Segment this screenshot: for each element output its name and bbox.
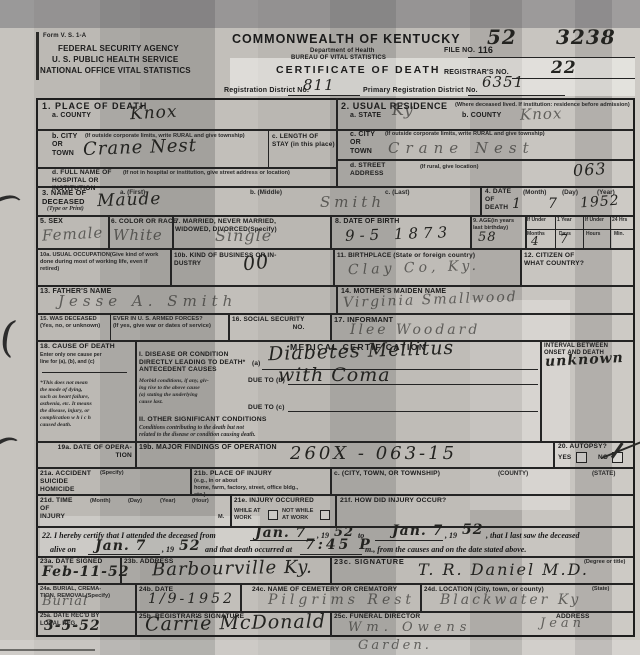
grid-line [610, 215, 611, 248]
header-left-bar [36, 32, 39, 80]
accident-note: (Specify) [100, 470, 124, 477]
cause-footnote: *This does not mean the mode of dying, s… [40, 380, 132, 429]
major-findings-label: 19b. MAJOR FINDINGS OF OPERATION [139, 444, 277, 452]
funeral-extra-note: Garden. [358, 638, 432, 653]
certificate-of-death-title: CERTIFICATE OF DEATH [276, 64, 440, 76]
agency-line-2: U. S. PUBLIC HEALTH SERVICE [52, 55, 178, 64]
middle-name-label: b. (Middle) [250, 189, 282, 197]
marital-value: Single [215, 226, 272, 245]
residence-state-label: a. STATE [350, 112, 381, 120]
not-while-at-work-checkbox [320, 510, 330, 520]
grid-line [135, 340, 137, 441]
grid-line [470, 215, 472, 248]
injury-state-label: (STATE) [592, 470, 615, 478]
time-of-injury-label: 21d. TIME OF INJURY [40, 497, 73, 520]
place-county-value: Knox [130, 102, 178, 124]
grid-line [108, 215, 110, 248]
cause-a-label: (a) [252, 360, 260, 368]
age-1yr-label: 1 Year [557, 217, 572, 223]
file-no-label: FILE NO. [444, 47, 475, 55]
grid-line [480, 186, 482, 215]
burial-location-value: Blackwater Ky [440, 592, 581, 608]
certify-text-5: m., from the causes and on the date stat… [365, 545, 526, 554]
grid-line [36, 583, 633, 585]
certify-year-2: 52 [462, 522, 483, 538]
not-while-at-work-label: NOT WHILE AT WORK [282, 508, 313, 522]
grid-line [36, 467, 633, 469]
grid-line [330, 215, 332, 248]
certify-text-2: , that I last saw the deceased [486, 531, 580, 540]
certify-to-value: Jan. 7 [392, 523, 443, 539]
form-number: Form V. S. 1-A [43, 33, 86, 40]
file-no-handwritten-2: 3238 [556, 25, 616, 49]
certify-line-2 [375, 540, 443, 541]
residence-county-value: Knox [520, 104, 563, 123]
age-days-value: 7 [560, 232, 569, 246]
grid-line [228, 313, 230, 340]
date-of-death-label: 4. DATE OF DEATH [485, 188, 511, 211]
commonwealth-title: COMMONWEALTH OF KENTUCKY [232, 32, 461, 47]
funeral-address-value: Jean [540, 616, 585, 631]
grid-line [330, 313, 332, 340]
hospital-note: (If not in hospital or institution, give… [123, 170, 333, 177]
injury-month-label: (Month) [90, 498, 111, 505]
while-at-work-label: WHILE AT WORK [234, 508, 260, 522]
registrar-signature-value: Carrie McDonald [145, 610, 326, 635]
address-23-value: Barbourville Ky. [152, 557, 313, 581]
grid-line [135, 441, 137, 467]
funeral-director-value: Wm. Owens [348, 620, 471, 635]
street-address-note: (If rural, give location) [420, 164, 478, 171]
place-city-label: b. CITY OR TOWN [52, 133, 78, 158]
death-month-value: 1 [512, 196, 522, 212]
other-conditions-label: II. OTHER SIGNIFICANT CONDITIONS [139, 416, 267, 424]
cause-of-death-note: Enter only one cause per line for (a), (… [40, 352, 102, 365]
color-race-label: 6. COLOR OR RACE [111, 218, 178, 226]
street-address-label: d. STREET ADDRESS [350, 162, 386, 178]
agency-line-1: FEDERAL SECURITY AGENCY [58, 44, 179, 53]
registration-district-label: Registration District No. [224, 87, 309, 95]
disease-condition-label: I. DISEASE OR CONDITION DIRECTLY LEADING… [139, 351, 245, 367]
certify-line-4 [300, 554, 362, 555]
registrar-no-line [512, 78, 635, 79]
business-value: 00 [242, 251, 270, 276]
certify-19-2: , 19 [445, 531, 457, 540]
color-race-value: White [113, 226, 163, 244]
burial-date-value: 1/9-1952 [148, 591, 235, 607]
primary-district-line [468, 95, 565, 96]
ssn-label: 16. SOCIAL SECURITY NO. [232, 316, 305, 331]
grid-line [540, 340, 542, 441]
death-day-value: 7 [548, 196, 558, 212]
grid-line [36, 186, 633, 188]
bureau-vital-stats: BUREAU OF VITAL STATISTICS [291, 55, 386, 62]
certify-text-3: alive on [50, 545, 76, 554]
degree-title-note: (Degree or title) [584, 559, 625, 566]
grid-line [336, 285, 338, 313]
type-or-print-note: (Type or Print) [47, 206, 84, 214]
grid-line [240, 583, 242, 611]
scan-bottom-shade [0, 640, 640, 655]
other-conditions-note: Conditions contributing to the death but… [139, 425, 256, 439]
death-month-label: (Month) [523, 189, 546, 197]
burial-value: Burial [42, 594, 88, 609]
antecedent-causes-label: ANTECEDENT CAUSES [139, 366, 217, 374]
place-city-value: Crane Nest [83, 135, 198, 160]
pen-mark-1: ( [0, 187, 26, 213]
file-no-handwritten-1: 52 [487, 25, 517, 49]
autopsy-yes-label: YES [558, 454, 571, 462]
age-24hrs-label: 24 Hrs [612, 217, 627, 223]
grid-line [135, 583, 137, 611]
age-value: 58 [478, 230, 497, 245]
grid-line [190, 467, 192, 494]
due-to-c-line [288, 411, 538, 412]
injury-county-label: (COUNTY) [498, 470, 528, 478]
cause-a-value-line2: with Coma [278, 364, 391, 386]
citizen-label: 12. CITIZEN OF WHAT COUNTRY? [524, 252, 584, 268]
registration-district-line [288, 95, 360, 96]
date-signed-value: Feb-11-52 [42, 564, 129, 580]
signature-23-value: T. R. Daniel M.D. [418, 560, 589, 579]
age-months-value: 4 [531, 234, 540, 248]
residence-state-value: Ky [392, 100, 414, 119]
autopsy-label: 20. AUTOPSY? [558, 443, 607, 451]
cause-of-death-label: 18. CAUSE OF DEATH [40, 343, 115, 351]
length-of-stay-label: c. LENGTH OF STAY (in this place) [272, 133, 335, 148]
cemetery-value: Pilgrims Rest [268, 592, 415, 608]
due-to-b-label: DUE TO (b) [248, 377, 285, 385]
grid-line [583, 215, 584, 248]
age-hours-label: Hours [586, 231, 600, 237]
place-of-injury-note: (e.g., in or about home, farm, factory, … [194, 478, 324, 499]
injury-m-label: M. [218, 514, 224, 521]
residence-county-label: b. COUNTY [462, 112, 502, 120]
occupation-label: 10a. USUAL OCCUPATION(Give kind of work … [40, 252, 168, 273]
grid-line [333, 248, 335, 285]
grid-line [553, 441, 555, 467]
grid-line [330, 467, 332, 494]
age-min-label: Min. [614, 231, 624, 237]
pen-mark-3: ( [0, 427, 24, 462]
signature-23-label: 23c. SIGNATURE [334, 558, 405, 567]
cause-note-divider [42, 372, 127, 373]
grid-line [36, 285, 633, 287]
armed-forces-label-2: EVER IN U. S. ARMED FORCES? (If yes, giv… [113, 316, 211, 330]
date-of-operation-label: 19a. DATE OF OPERA- TION [40, 444, 132, 460]
certify-year-3: 52 [179, 538, 200, 554]
scan-top-shade [0, 0, 640, 28]
last-name-value: Smith [320, 193, 385, 211]
last-name-label: c. (Last) [385, 189, 410, 197]
autopsy-yes-checkbox [576, 452, 587, 463]
grid-line [555, 215, 556, 248]
while-at-work-checkbox [268, 510, 278, 520]
certify-from-value: Jan. 7 [255, 525, 306, 541]
armed-forces-label-1: 15. WAS DECEASED (Yes, no, or unknown) [40, 316, 100, 330]
primary-district-label: Primary Registration District No. [363, 87, 478, 95]
grid-line [268, 129, 269, 167]
grid-line [330, 611, 332, 637]
pen-mark-2: ( [0, 311, 20, 362]
primary-district-handwritten: 6351 [482, 73, 524, 91]
certify-alive-value: Jan. 7 [95, 538, 146, 554]
grid-line [110, 313, 111, 340]
pen-mark-bottom-left [0, 649, 95, 651]
grid-line [330, 556, 332, 583]
major-findings-value: 260X - 063-15 [290, 443, 457, 464]
certify-text-4: and that death occurred at [205, 545, 292, 554]
registration-district-handwritten: 811 [303, 76, 335, 94]
accident-label: 21a. ACCIDENT SUICIDE HOMICIDE [40, 470, 91, 493]
injury-occurred-label: 21e. INJURY OCCURRED [234, 497, 314, 505]
grid-line [420, 583, 422, 611]
certify-time-value: 7:45 P [305, 537, 373, 553]
death-day-label: (Day) [562, 189, 578, 197]
residence-city-value: Crane Nest [388, 139, 535, 157]
certify-line-3 [88, 554, 160, 555]
death-certificate-scan: ( ( ( Form V. S. 1-A FEDERAL SECURITY AG… [0, 0, 640, 655]
date-recd-value: 3-5-52 [44, 618, 101, 634]
grid-line [525, 229, 633, 230]
how-injury-label: 21f. HOW DID INJURY OCCUR? [340, 497, 446, 505]
place-county-label: a. COUNTY [52, 112, 91, 120]
injury-year-label: (Year) [160, 498, 176, 505]
grid-line [520, 248, 522, 285]
burial-location-state-label: (State) [592, 586, 609, 593]
cause-a-line [262, 369, 538, 370]
dob-value: 9-5 1873 [345, 223, 453, 245]
certify-19-3: , 19 [162, 545, 174, 554]
injury-day-label: (Day) [128, 498, 142, 505]
injury-city-label: c. (CITY, TOWN, OR TOWNSHIP) [334, 470, 440, 478]
street-address-value: 063 [572, 159, 607, 180]
place-of-injury-label: 21b. PLACE OF INJURY [194, 470, 272, 478]
grid-line [170, 248, 172, 285]
registrar-no-handwritten: 22 [551, 58, 577, 78]
name-of-deceased-label: 3. NAME OF DECEASED [42, 189, 86, 206]
sex-value: Female [42, 223, 104, 244]
agency-line-3: NATIONAL OFFICE VITAL STATISTICS [40, 66, 191, 75]
age-under1yr-label-a: If Under [527, 217, 546, 223]
death-year-value: 1952 [579, 193, 620, 212]
father-name-value: Jesse A. Smith [58, 292, 237, 310]
due-to-b-line [288, 384, 538, 385]
residence-city-label: c. CITY OR TOWN [350, 131, 375, 156]
grid-line [135, 611, 137, 637]
injury-hour-label: (Hour) [192, 498, 209, 505]
due-to-c-label: DUE TO (c) [248, 404, 285, 412]
antecedent-note: Morbid conditions, if any, giv- ing rise… [139, 378, 209, 406]
first-name-value: Maude [97, 189, 162, 211]
informant-value: Ilee Woodard [350, 322, 480, 338]
grid-line [335, 494, 337, 526]
grid-line [336, 98, 338, 186]
age-under24-label-a: If Under [585, 217, 604, 223]
residence-city-note: (If outside corporate limits, write RURA… [385, 131, 595, 138]
